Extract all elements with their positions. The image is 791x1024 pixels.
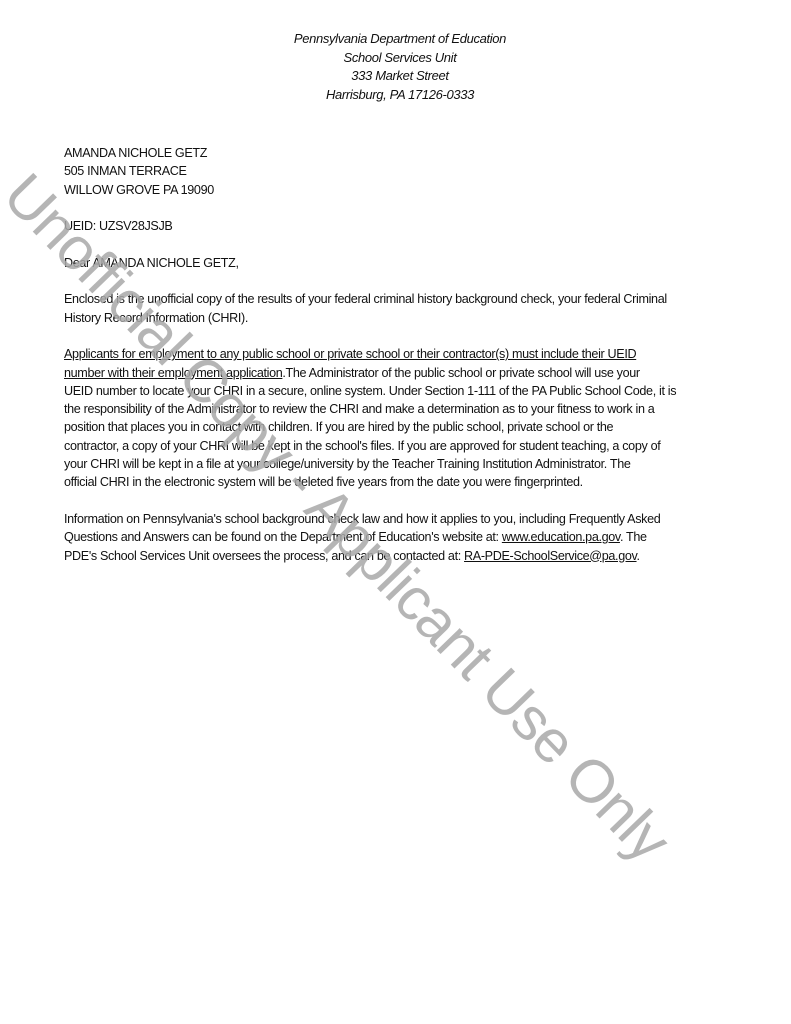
letterhead-department: Pennsylvania Department of Education bbox=[0, 30, 791, 49]
paragraph-line: the responsibility of the Administrator … bbox=[64, 400, 754, 418]
paragraph-line: Enclosed is the unofficial copy of the r… bbox=[64, 290, 754, 308]
paragraph-line: position that places you in contact with… bbox=[64, 418, 754, 436]
paragraph-line: official CHRI in the electronic system w… bbox=[64, 473, 754, 491]
paragraph-line: Information on Pennsylvania's school bac… bbox=[64, 510, 754, 528]
paragraph-applicants: Applicants for employment to any public … bbox=[64, 345, 754, 491]
paragraph-text: PDE's School Services Unit oversees the … bbox=[64, 549, 464, 563]
paragraph-enclosure: Enclosed is the unofficial copy of the r… bbox=[64, 290, 754, 327]
underlined-requirement-line: Applicants for employment to any public … bbox=[64, 345, 754, 363]
underlined-requirement-end: number with their employment application bbox=[64, 366, 282, 380]
paragraph-line: UEID number to locate your CHRI in a sec… bbox=[64, 382, 754, 400]
paragraph-line: PDE's School Services Unit oversees the … bbox=[64, 547, 754, 565]
paragraph-information: Information on Pennsylvania's school bac… bbox=[64, 510, 754, 565]
paragraph-line: your CHRI will be kept in a file at your… bbox=[64, 455, 754, 473]
recipient-name: AMANDA NICHOLE GETZ bbox=[64, 144, 754, 162]
recipient-address-line1: 505 INMAN TERRACE bbox=[64, 162, 754, 180]
letterhead: Pennsylvania Department of Education Sch… bbox=[0, 30, 791, 104]
paragraph-text: . The bbox=[620, 530, 647, 544]
ueid-line: UEID: UZSV28JSJB bbox=[64, 217, 754, 235]
letterhead-street: 333 Market Street bbox=[0, 67, 791, 86]
letter-body: AMANDA NICHOLE GETZ 505 INMAN TERRACE WI… bbox=[64, 144, 754, 565]
recipient-address-line2: WILLOW GROVE PA 19090 bbox=[64, 181, 754, 199]
paragraph-line-rest: .The Administrator of the public school … bbox=[282, 366, 639, 380]
paragraph-text: Questions and Answers can be found on th… bbox=[64, 530, 502, 544]
letterhead-city: Harrisburg, PA 17126-0333 bbox=[0, 86, 791, 105]
paragraph-line: Questions and Answers can be found on th… bbox=[64, 528, 754, 546]
paragraph-line: number with their employment application… bbox=[64, 364, 754, 382]
paragraph-line: contractor, a copy of your CHRI will be … bbox=[64, 437, 754, 455]
paragraph-line: History Record Information (CHRI). bbox=[64, 309, 754, 327]
paragraph-text: . bbox=[637, 549, 640, 563]
salutation: Dear AMANDA NICHOLE GETZ, bbox=[64, 254, 754, 272]
letterhead-unit: School Services Unit bbox=[0, 49, 791, 68]
email-link[interactable]: RA-PDE-SchoolService@pa.gov bbox=[464, 549, 637, 563]
website-link[interactable]: www.education.pa.gov bbox=[502, 530, 620, 544]
